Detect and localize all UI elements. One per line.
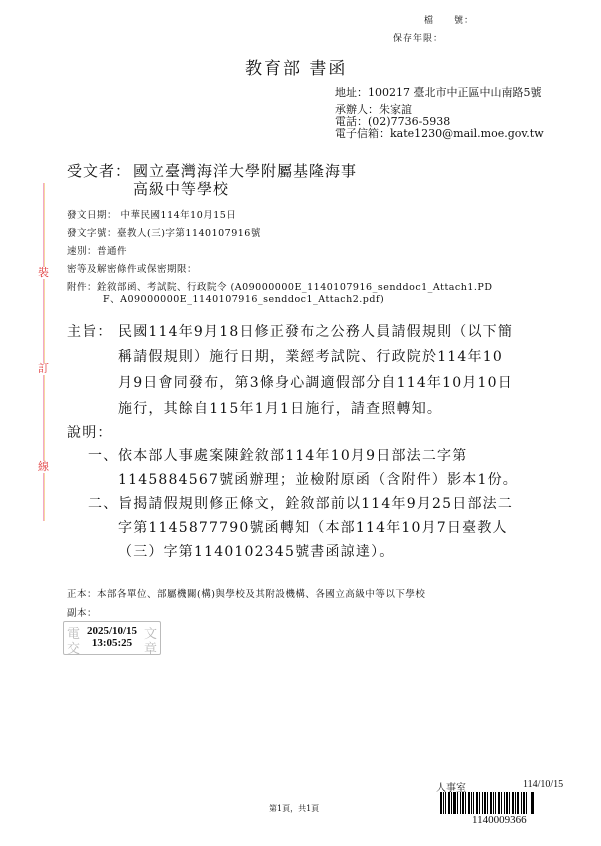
subject-label: 主旨： [67, 320, 113, 345]
attachment-line-2[interactable]: F、A09000000E_1140107916_senddoc1_Attach2… [103, 291, 384, 305]
file-number-label: 檔 號： [424, 13, 474, 26]
email[interactable]: 電子信箱：kate1230@mail.moe.gov.tw [335, 127, 544, 140]
barcode-date: 114/10/15 [523, 779, 563, 790]
subject-line: 稱請假規則）施行日期，業經考試院、行政院於114年10 [118, 345, 503, 370]
explanation-item-marker: 二、 [88, 492, 118, 517]
recipient-line-1: 國立臺灣海洋大學附屬基隆海事 [133, 162, 357, 180]
subject-line: 民國114年9月18日修正發布之公務人員請假規則（以下簡 [118, 320, 513, 345]
subject-line: 月9日會同發布，第3條身心調適假部分自114年10月10日 [118, 371, 513, 396]
recipient-label: 受文者： [67, 162, 131, 180]
explanation-item-line: 1145884567號函辦理；並檢附原函（含附件）影本1份。 [118, 468, 518, 493]
speed-class: 速別：普通件 [67, 243, 127, 257]
copy-recipients-label: 副本： [67, 605, 97, 619]
retention-period-label: 保存年限： [393, 31, 443, 44]
stamp-date: 2025/10/15 [64, 626, 160, 637]
barcode-number: 1140009366 [472, 814, 527, 826]
stamp-time: 13:05:25 [64, 638, 160, 649]
secrecy-level: 密等及解密條件或保密期限： [67, 261, 197, 275]
explanation-item-line: 旨揭請假規則修正條文，銓敘部前以114年9月25日部法二 [118, 492, 513, 517]
document-title: 教育部 書函 [245, 54, 347, 79]
electronic-exchange-stamp: 電 文 交 章 2025/10/15 13:05:25 [63, 621, 161, 655]
explanation-label: 說明： [67, 421, 113, 446]
explanation-item-line: 依本部人事處案陳銓敘部114年10月9日部法二字第 [118, 444, 467, 469]
binding-char-zhuang: 裝 [38, 267, 49, 279]
original-recipients: 正本：本部各單位、部屬機關(構)與學校及其附設機構、各國立高級中等以下學校 [67, 586, 425, 600]
explanation-item-line: （三）字第1140102345號書函諒達）。 [118, 540, 394, 565]
binding-char-xian: 線 [38, 461, 49, 473]
explanation-item-line: 字第1145877790號函轉知（本部114年10月7日臺教人 [118, 516, 508, 541]
address: 地址：100217 臺北市中正區中山南路5號 [335, 86, 542, 99]
barcode [440, 792, 565, 814]
issue-date: 發文日期： 中華民國114年10月15日 [67, 207, 236, 221]
recipient-line-2: 高級中等學校 [133, 180, 229, 198]
subject-line: 施行，其餘自115年1月1日施行，請查照轉知。 [118, 397, 442, 422]
explanation-item-marker: 一、 [88, 444, 118, 469]
issue-number: 發文字號：臺教人(三)字第1140107916號 [67, 225, 261, 239]
binding-char-ding: 訂 [38, 363, 49, 375]
page-number: 第1頁，共1頁 [269, 803, 319, 814]
